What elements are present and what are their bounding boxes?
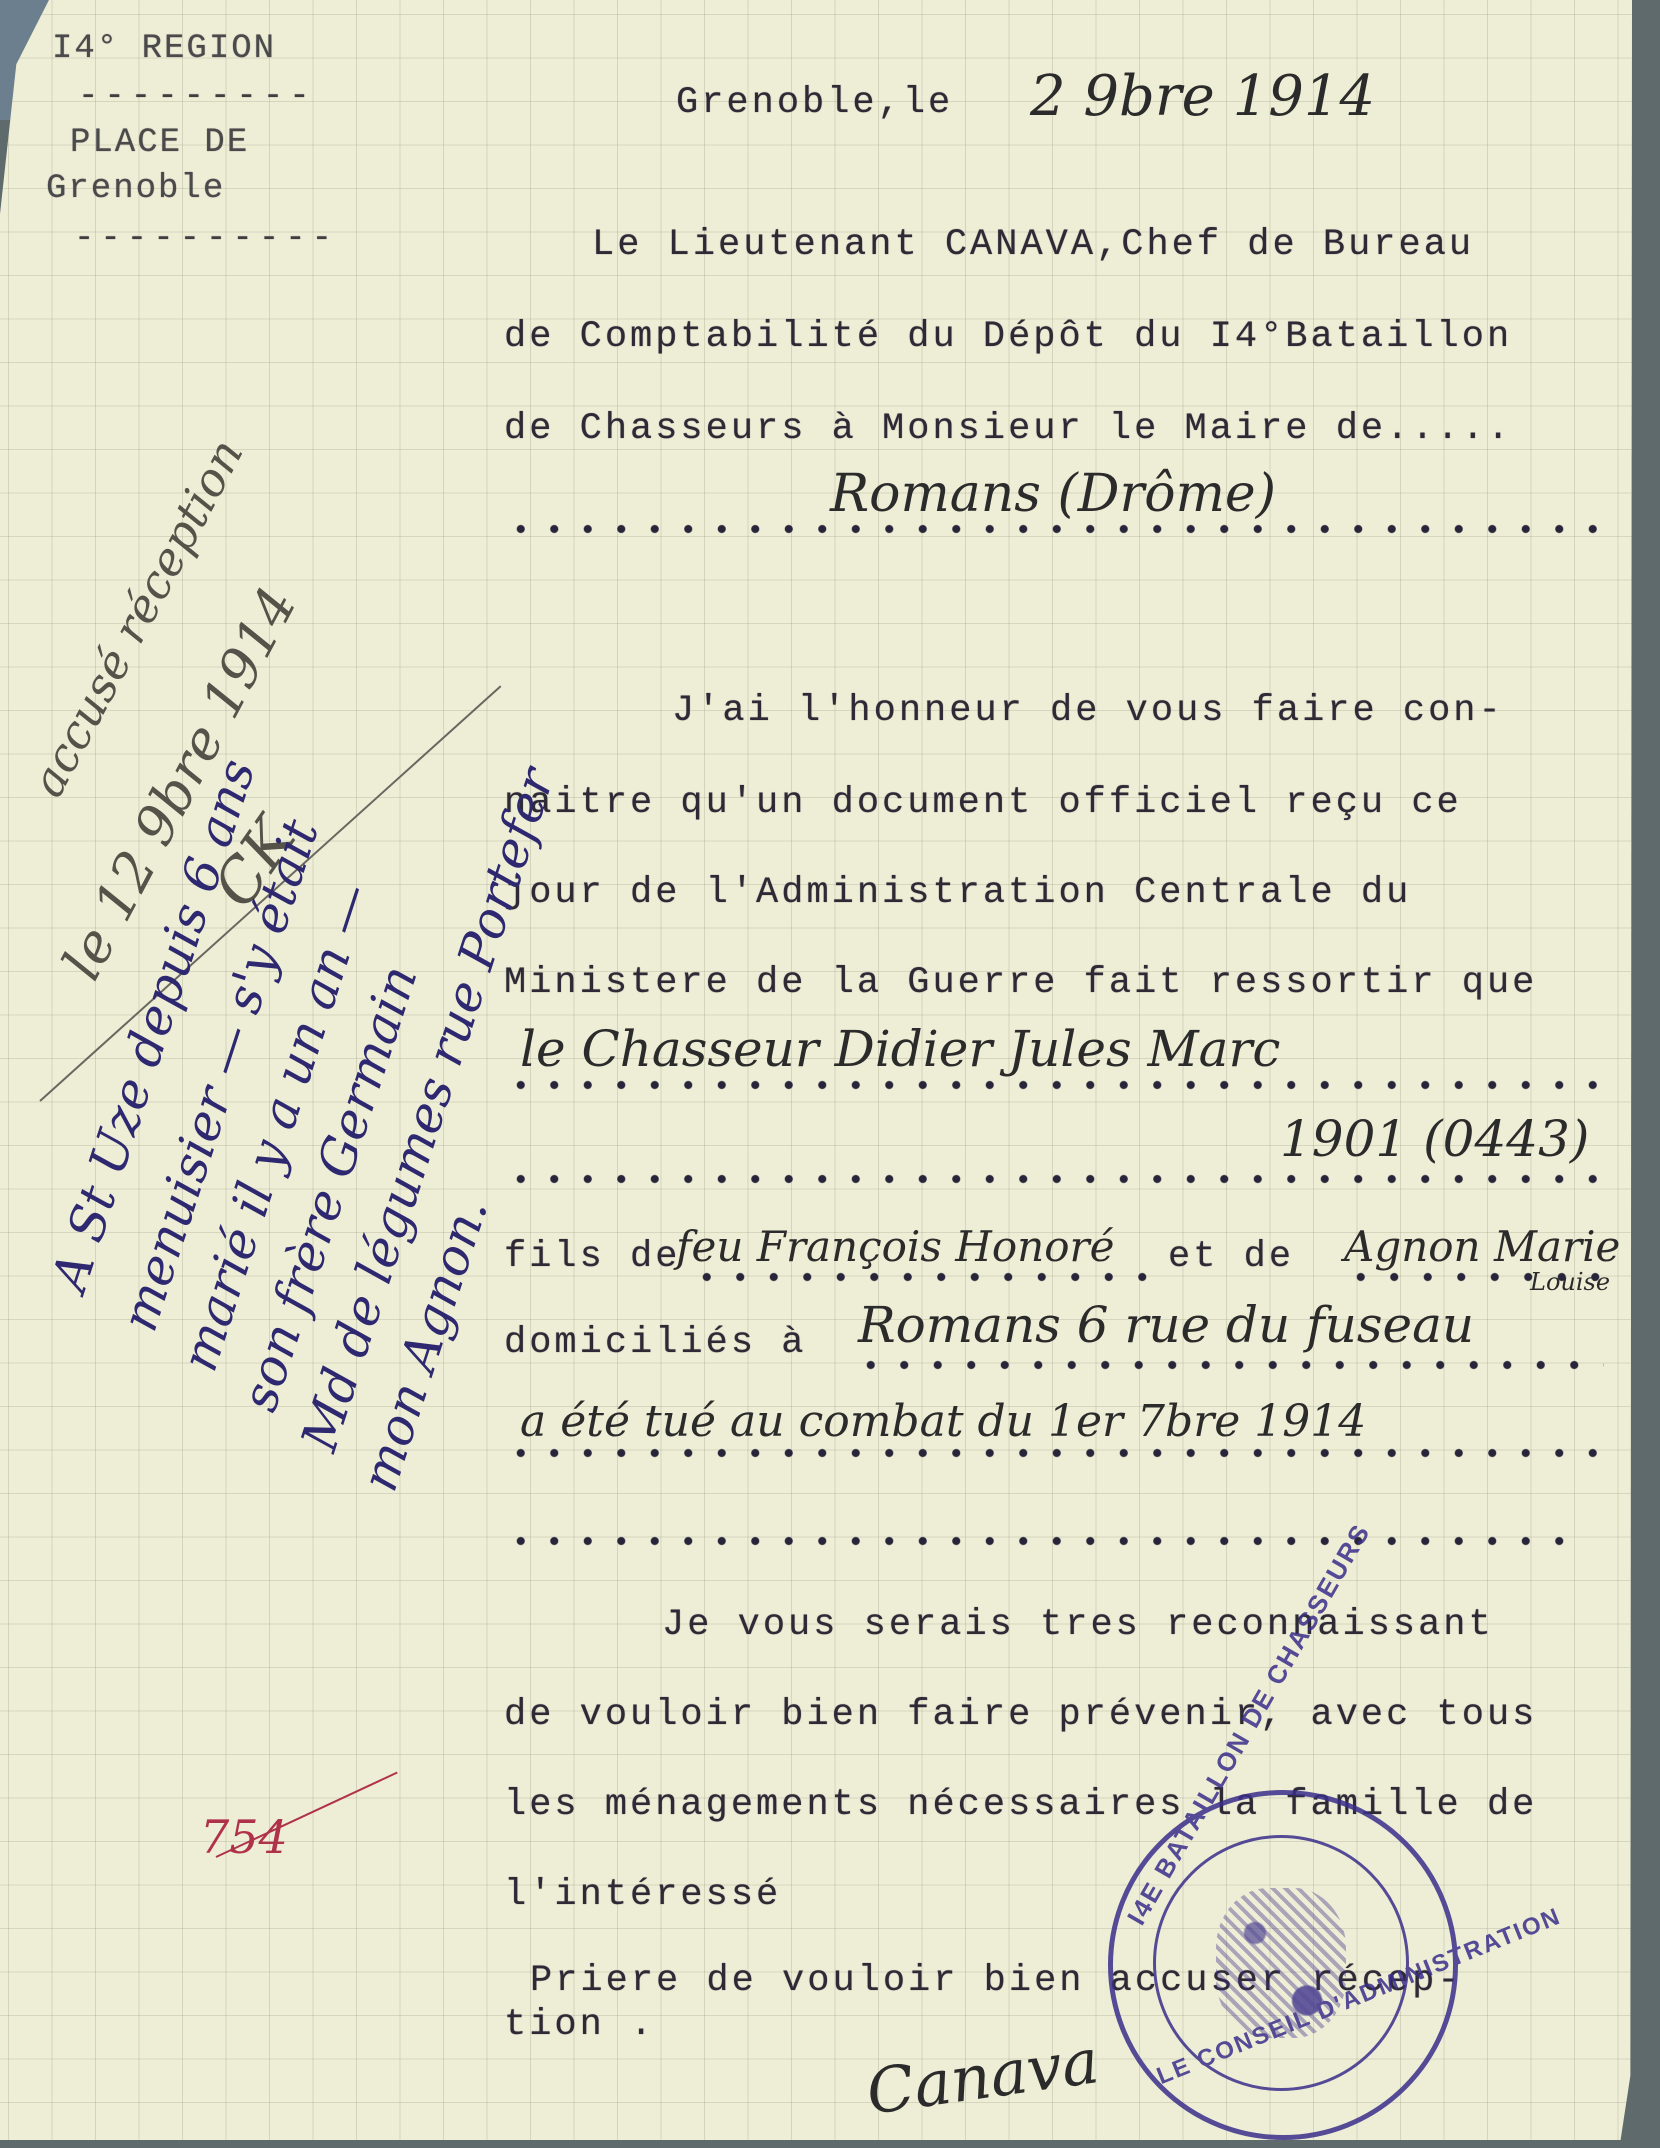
body-line: tion . — [504, 2004, 655, 2046]
dotted-line — [504, 1536, 1584, 1546]
dotted-line — [504, 524, 1614, 534]
fold-mark — [1636, 590, 1639, 820]
soldier-name-handwritten: le Chasseur Didier Jules Marc — [520, 1020, 1280, 1078]
signature: Canava — [862, 2024, 1103, 2129]
address-handwritten-commune: Romans (Drôme) — [830, 464, 1276, 524]
body-line: l'intéressé — [504, 1874, 781, 1916]
dotted-line — [1344, 1272, 1604, 1282]
dotted-line — [504, 1174, 1604, 1184]
letter-page: I4° REGION --------- PLACE DE Grenoble -… — [0, 0, 1632, 2140]
battalion-stamp: I4E BATAILLON DE CHASSEURS LE CONSEIL D'… — [1108, 1790, 1458, 2140]
body-line: les ménagements nécessaires la famille d… — [504, 1784, 1537, 1826]
letterhead-place: PLACE DE — [70, 124, 249, 162]
red-reference-number: 754 — [200, 1810, 288, 1864]
parents-typed: fils de — [504, 1236, 680, 1278]
letterhead-city: Grenoble — [46, 170, 225, 208]
body-line: naitre qu'un document officiel reçu ce — [504, 782, 1462, 824]
father-handwritten: feu François Honoré — [676, 1222, 1114, 1271]
domicile-typed: domiciliés à — [504, 1322, 806, 1364]
matricule-handwritten: 1901 (0443) — [1280, 1110, 1589, 1168]
address-line: de Comptabilité du Dépôt du I4°Bataillon — [504, 316, 1512, 358]
body-line: J'ai l'honneur de vous faire con- — [672, 690, 1504, 732]
mother-handwritten: Agnon Marie — [1344, 1222, 1620, 1271]
dateline-handwritten: 2 9bre 1914 — [1030, 64, 1375, 129]
letterhead-separator: ---------- — [74, 220, 338, 258]
letterhead-separator: --------- — [78, 78, 316, 116]
dateline-typed: Grenoble,le — [676, 82, 953, 124]
domicile-handwritten: Romans 6 rue du fuseau — [858, 1296, 1474, 1354]
address-line: de Chasseurs à Monsieur le Maire de..... — [504, 408, 1512, 450]
dotted-line — [690, 1272, 1170, 1282]
outcome-handwritten: a été tué au combat du 1er 7bre 1914 — [520, 1396, 1366, 1447]
body-line: Ministere de la Guerre fait ressortir qu… — [504, 962, 1537, 1004]
body-line: jour de l'Administration Centrale du — [504, 872, 1411, 914]
letterhead-region: I4° REGION — [52, 30, 276, 68]
dotted-line — [854, 1360, 1604, 1370]
address-line: Le Lieutenant CANAVA,Chef de Bureau — [592, 224, 1474, 266]
body-line: Je vous serais tres reconnaissant — [662, 1604, 1494, 1646]
dotted-line — [504, 1080, 1614, 1090]
parents-typed: et de — [1168, 1236, 1294, 1278]
dotted-line — [504, 1448, 1604, 1458]
body-line: de vouloir bien faire prévenir, avec tou… — [504, 1694, 1537, 1736]
